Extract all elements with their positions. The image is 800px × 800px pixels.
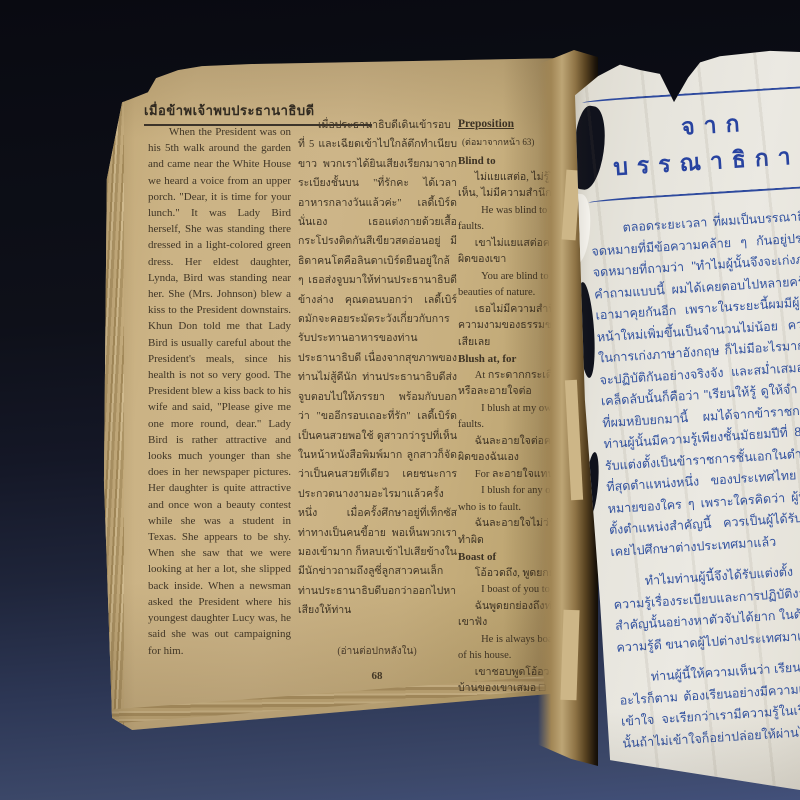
- page-number: 68: [292, 670, 462, 682]
- editorial-content: จากบรรณาธิการ ตลอดระยะเวลา ที่ผมเป็นบรรณ…: [582, 81, 800, 765]
- editorial-paragraph: ทำไมท่านผู้นี้จึงได้รับแต่งตั้ง ? เพราะว…: [612, 555, 800, 659]
- editorial-paragraph: ท่านผู้นี้ให้ความเห็นว่า เรียนให้รู้ คือ…: [618, 651, 800, 755]
- preposition-heading-label: Preposition: [458, 118, 514, 130]
- continue-reading-note: (อ่านต่อปกหลังใน): [292, 644, 462, 659]
- book-photo: เมื่อข้าพเจ้าพบประธานาธิบดี When the Pre…: [0, 0, 800, 800]
- thai-translation-text: เมื่อประธานาธิบดีเดินเข้ารอบที่ 5 และเฉี…: [298, 116, 457, 621]
- left-page: เมื่อข้าพเจ้าพบประธานาธิบดี When the Pre…: [92, 58, 570, 730]
- paper-fragment: [560, 610, 579, 701]
- continued-from-note: (ต่อมาจากหน้า 63): [462, 137, 534, 147]
- thai-translation-column: เมื่อประธานาธิบดีเดินเข้ารอบที่ 5 และเฉี…: [298, 116, 457, 621]
- english-story-column: When the President was on his 5th walk a…: [148, 124, 291, 659]
- paper-fragment: [565, 380, 583, 500]
- editorial-title: จากบรรณาธิการ: [583, 94, 800, 196]
- editorial-paragraph: ตลอดระยะเวลา ที่ผมเป็นบรรณาธิการมา ได้รั…: [590, 202, 800, 563]
- page-stack-edge-left: [98, 92, 124, 727]
- english-story-text: When the President was on his 5th walk a…: [148, 124, 291, 659]
- paper-fragment: [562, 170, 581, 241]
- editorial-body: ตลอดระยะเวลา ที่ผมเป็นบรรณาธิการมา ได้รั…: [590, 201, 800, 755]
